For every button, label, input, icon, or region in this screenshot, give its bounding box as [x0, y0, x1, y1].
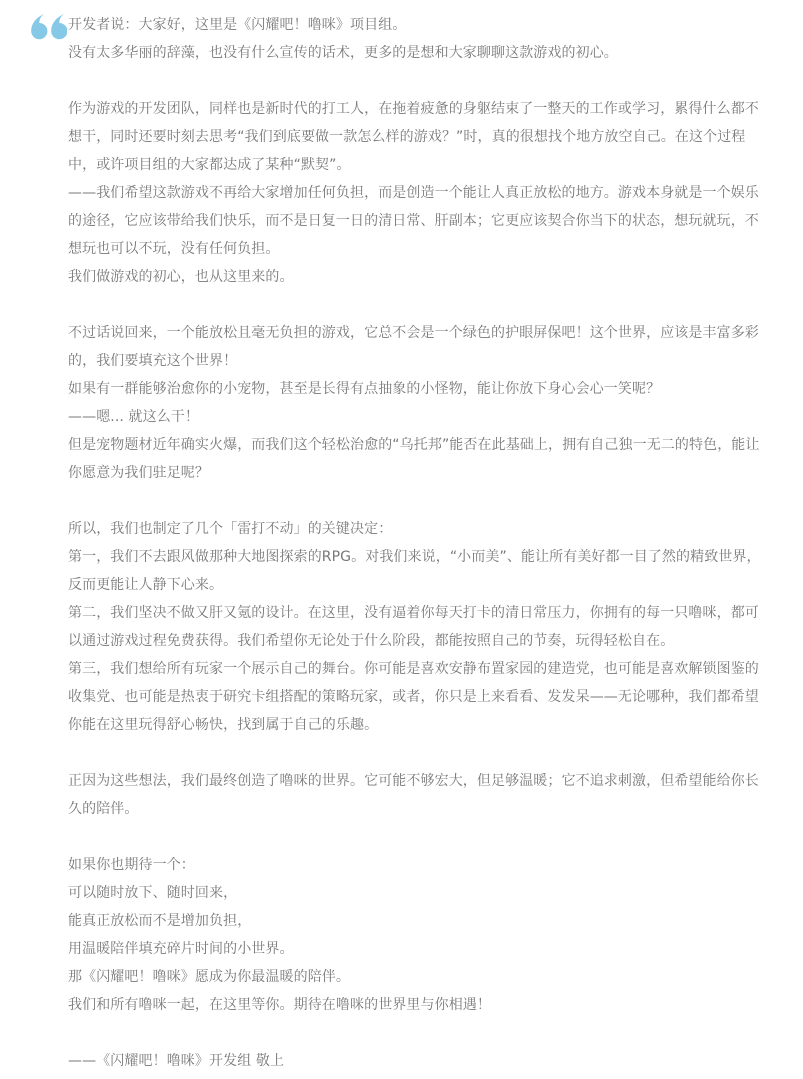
letter-line: 不过话说回来，一个能放松且毫无负担的游戏，它总不会是一个绿色的护眼屏保吧！这个世…	[68, 325, 759, 369]
letter-line: 作为游戏的开发团队，同样也是新时代的打工人，在拖着疲惫的身躯结束了一整天的工作或…	[68, 101, 759, 173]
letter-line: 我们做游戏的初心，也从这里来的。	[68, 269, 294, 285]
developer-letter: 开发者说：大家好，这里是《闪耀吧！噜咪》项目组。没有太多华丽的辞藻，也没有什么宣…	[0, 0, 803, 1079]
letter-line: ——我们希望这款游戏不再给大家增加任何负担，而是创造一个能让人真正放松的地方。游…	[68, 185, 759, 257]
letter-line: 我们和所有噜咪一起，在这里等你。期待在噜咪的世界里与你相遇！	[68, 997, 491, 1013]
paragraph: 所以，我们也制定了几个「雷打不动」的关键决定：第一，我们不去跟风做那种大地图探索…	[68, 515, 769, 739]
letter-line: 用温暖陪伴填充碎片时间的小世界。	[68, 941, 294, 957]
signature: ——《闪耀吧！噜咪》开发组 敬上	[68, 1047, 769, 1075]
letter-line: 开发者说：大家好，这里是《闪耀吧！噜咪》项目组。	[68, 17, 406, 33]
letter-line: 那《闪耀吧！噜咪》愿成为你最温暖的陪伴。	[68, 969, 350, 985]
letter-line: 第一，我们不去跟风做那种大地图探索的RPG。对我们来说，“小而美”、能让所有美好…	[68, 549, 761, 593]
letter-line: 如果你也期待一个：	[68, 857, 195, 873]
paragraph: 正因为这些想法，我们最终创造了噜咪的世界。它可能不够宏大，但足够温暖；它不追求刺…	[68, 767, 769, 823]
paragraph: 开发者说：大家好，这里是《闪耀吧！噜咪》项目组。没有太多华丽的辞藻，也没有什么宣…	[68, 11, 769, 67]
paragraph: 作为游戏的开发团队，同样也是新时代的打工人，在拖着疲惫的身躯结束了一整天的工作或…	[68, 95, 769, 291]
letter-line: ——嗯... 就这么干！	[68, 409, 199, 425]
letter-line: 所以，我们也制定了几个「雷打不动」的关键决定：	[68, 521, 392, 537]
letter-line: 但是宠物题材近年确实火爆，而我们这个轻松治愈的“乌托邦”能否在此基础上，拥有自己…	[68, 437, 760, 481]
letter-line: 第二，我们坚决不做又肝又氪的设计。在这里，没有逼着你每天打卡的清日常压力，你拥有…	[68, 605, 759, 649]
letter-body: 开发者说：大家好，这里是《闪耀吧！噜咪》项目组。没有太多华丽的辞藻，也没有什么宣…	[68, 11, 769, 1075]
letter-line: 可以随时放下、随时回来，	[68, 885, 237, 901]
letter-line: 没有太多华丽的辞藻，也没有什么宣传的话术，更多的是想和大家聊聊这款游戏的初心。	[68, 45, 618, 61]
letter-line: 第三，我们想给所有玩家一个展示自己的舞台。你可能是喜欢安静布置家园的建造党，也可…	[68, 661, 759, 733]
letter-line: 正因为这些想法，我们最终创造了噜咪的世界。它可能不够宏大，但足够温暖；它不追求刺…	[68, 773, 759, 817]
double-quote-open-icon	[30, 13, 67, 40]
paragraph: 不过话说回来，一个能放松且毫无负担的游戏，它总不会是一个绿色的护眼屏保吧！这个世…	[68, 319, 769, 487]
letter-line: 能真正放松而不是增加负担，	[68, 913, 251, 929]
paragraph: 如果你也期待一个：可以随时放下、随时回来，能真正放松而不是增加负担，用温暖陪伴填…	[68, 851, 769, 1019]
letter-line: 如果有一群能够治愈你的小宠物，甚至是长得有点抽象的小怪物，能让你放下身心会心一笑…	[68, 381, 660, 397]
